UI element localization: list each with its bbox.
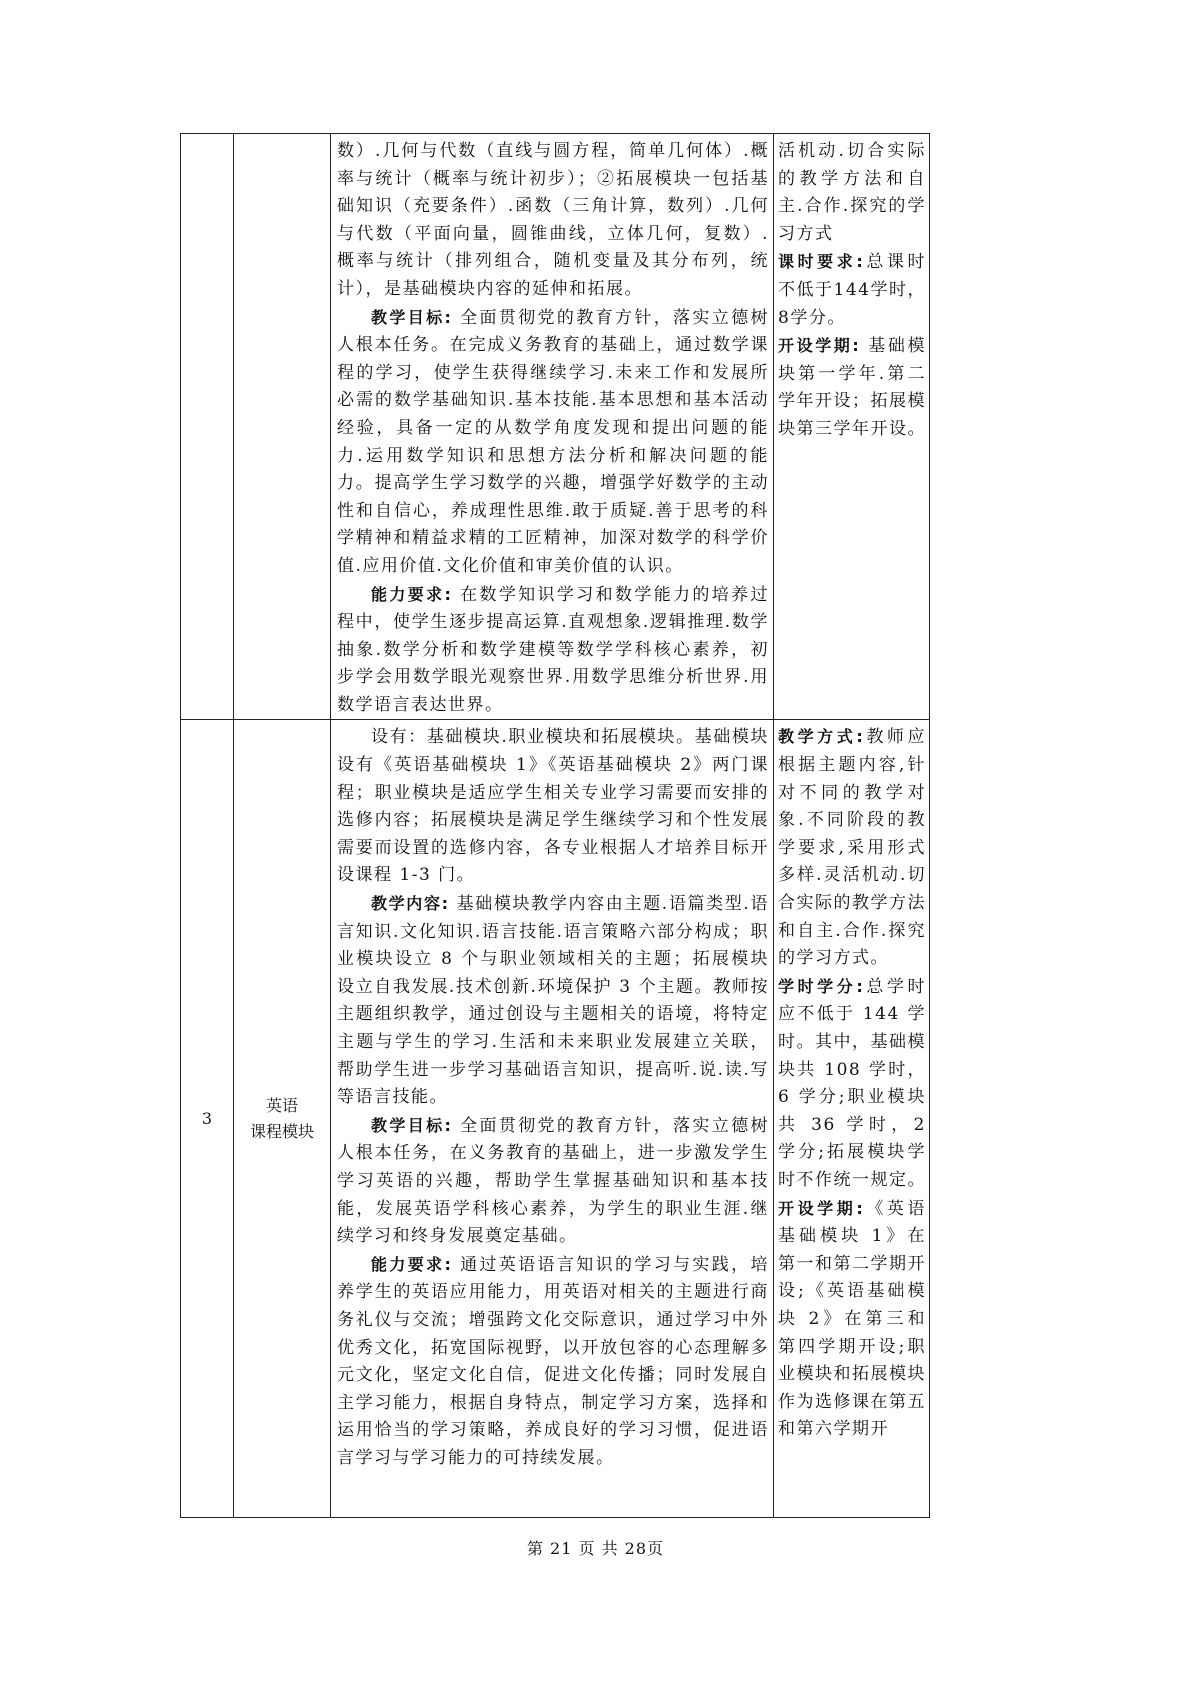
paragraph-text: 基础模块教学内容由主题.语篇类型.语言知识.文化知识.语言技能.语言策略六部分构… (337, 894, 769, 1107)
content-paragraph-ability: 能力要求: 在数学知识学习和数学能力的培养过程中，使学生逐步提高运算.直观想象.… (337, 581, 769, 720)
requirements-cell: 活机动.切合实际的教学方法和自主.合作.探究的学习方式 课时要求:总课时不低于1… (774, 134, 930, 720)
side-label: 开设学期: (778, 1199, 864, 1218)
content-paragraph-goal: 教学目标: 全面贯彻党的教育方针，落实立德树人根本任务。在完成义务教育的基础上，… (337, 304, 769, 581)
content-paragraph: 数）.几何与代数（直线与圆方程，简单几何体）.概率与统计（概率与统计初步）；②拓… (337, 137, 769, 304)
paragraph-text: 通过英语语言知识的学习与实践，培养学生的英语应用能力，用英语对相关的主题进行商务… (337, 1255, 769, 1468)
row-number-cell: 3 (181, 720, 234, 1518)
course-table: 数）.几何与代数（直线与圆方程，简单几何体）.概率与统计（概率与统计初步）；②拓… (180, 133, 930, 1518)
paragraph-text: 在数学知识学习和数学能力的培养过程中，使学生逐步提高运算.直观想象.逻辑推理.数… (337, 585, 769, 715)
page-number: 第 21 页 共 28页 (527, 1539, 664, 1558)
side-paragraph-hours: 课时要求:总课时不低于144学时，8学分。 (778, 248, 926, 332)
page-footer: 第 21 页 共 28页 (0, 1536, 1191, 1559)
side-label: 开设学期: (778, 336, 860, 355)
content-paragraph-ability: 能力要求: 通过英语语言知识的学习与实践，培养学生的英语应用能力，用英语对相关的… (337, 1251, 769, 1473)
paragraph-label: 教学内容: (371, 894, 450, 913)
content-cell: 设有：基础模块.职业模块和拓展模块。基础模块设有《英语基础模块 1》《英语基础模… (331, 720, 774, 1518)
table-row-math-continued: 数）.几何与代数（直线与圆方程，简单几何体）.概率与统计（概率与统计初步）；②拓… (181, 134, 930, 720)
table-row-english: 3 英语 课程模块 设有：基础模块.职业模块和拓展模块。基础模块设有《英语基础模… (181, 720, 930, 1518)
content-paragraph-content: 教学内容: 基础模块教学内容由主题.语篇类型.语言知识.文化知识.语言技能.语言… (337, 890, 769, 1112)
row-number: 3 (202, 1109, 212, 1128)
paragraph-text: 设有：基础模块.职业模块和拓展模块。基础模块设有《英语基础模块 1》《英语基础模… (337, 727, 769, 885)
course-name-line1: 英语 (234, 1093, 330, 1119)
course-name-cell (234, 134, 331, 720)
side-paragraph-method: 教学方式:教师应根据主题内容,针对不同的教学对象.不同阶段的教学要求,采用形式多… (778, 723, 926, 972)
document-page: 数）.几何与代数（直线与圆方程，简单几何体）.概率与统计（概率与统计初步）；②拓… (0, 0, 1191, 1684)
paragraph-text: 全面贯彻党的教育方针，落实立德树人根本任务，在义务教育的基础上，进一步激发学生学… (337, 1116, 769, 1246)
paragraph-label: 教学目标: (371, 1116, 452, 1135)
side-paragraph-semester: 开设学期:《英语基础模块 1》在第一和第二学期开设;《英语基础模块 2》在第三和… (778, 1195, 926, 1444)
row-number-cell (181, 134, 234, 720)
side-paragraph-semester: 开设学期: 基础模块第一学年.第二学年开设；拓展模块第三学年开设。 (778, 332, 926, 443)
requirements-cell: 教学方式:教师应根据主题内容,针对不同的教学对象.不同阶段的教学要求,采用形式多… (774, 720, 930, 1518)
side-text: 《英语基础模块 1》在第一和第二学期开设;《英语基础模块 2》在第三和第四学期开… (778, 1199, 926, 1440)
paragraph-text: 数）.几何与代数（直线与圆方程，简单几何体）.概率与统计（概率与统计初步）；②拓… (337, 141, 769, 299)
content-paragraph-setup: 设有：基础模块.职业模块和拓展模块。基础模块设有《英语基础模块 1》《英语基础模… (337, 723, 769, 890)
course-name-cell: 英语 课程模块 (234, 720, 331, 1518)
side-text: 活机动.切合实际的教学方法和自主.合作.探究的学习方式 (778, 141, 926, 244)
content-paragraph-goal: 教学目标: 全面贯彻党的教育方针，落实立德树人根本任务，在义务教育的基础上，进一… (337, 1112, 769, 1251)
paragraph-text: 全面贯彻党的教育方针，落实立德树人根本任务。在完成义务教育的基础上，通过数学课程… (337, 308, 769, 576)
content-cell: 数）.几何与代数（直线与圆方程，简单几何体）.概率与统计（概率与统计初步）；②拓… (331, 134, 774, 720)
paragraph-label: 能力要求: (371, 1255, 452, 1274)
course-name-line2: 课程模块 (234, 1119, 330, 1145)
side-label: 学时学分: (778, 977, 864, 996)
side-paragraph-hours: 学时学分:总学时应不低于 144 学时。其中，基础模块共 108 学时，6 学分… (778, 973, 926, 1195)
paragraph-label: 教学目标: (371, 308, 452, 327)
side-paragraph: 活机动.切合实际的教学方法和自主.合作.探究的学习方式 (778, 137, 926, 248)
paragraph-label: 能力要求: (371, 585, 452, 604)
side-text: 教师应根据主题内容,针对不同的教学对象.不同阶段的教学要求,采用形式多样.灵活机… (778, 727, 926, 968)
side-label: 教学方式: (778, 727, 864, 746)
side-label: 课时要求: (778, 252, 864, 271)
side-text: 总学时应不低于 144 学时。其中，基础模块共 108 学时，6 学分;职业模块… (778, 977, 926, 1190)
